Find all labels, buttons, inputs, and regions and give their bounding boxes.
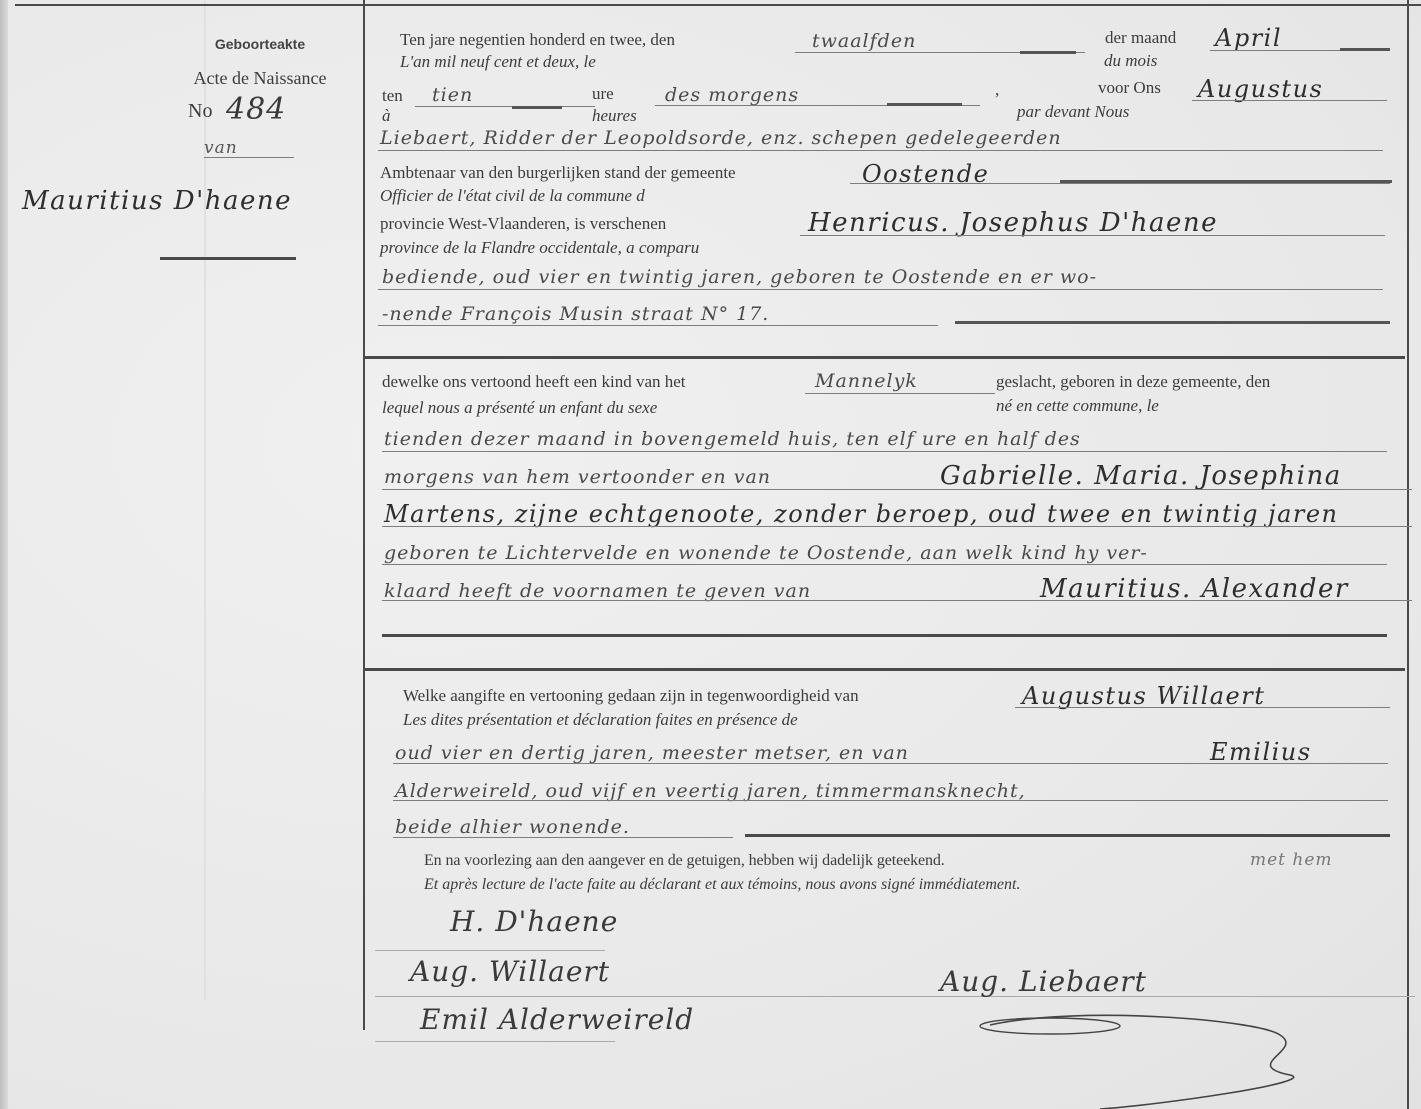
s2-fill-2 [382,489,1412,490]
s4-addition-handwritten: met hem [1250,850,1333,870]
s2-hand-line-1: tienden dezer maand in bovengemeld huis,… [384,428,1081,450]
s2-end-dash [382,634,1387,637]
comma: , [995,80,999,100]
born-fr: né en cette commune, le [996,396,1159,416]
day-handwritten: twaalfden [812,30,916,52]
born-nl: geslacht, geboren in deze gemeente, den [996,372,1270,392]
declarant-line2-dash [955,321,1390,324]
margin-divider [363,0,365,1030]
province-nl: provincie West-Vlaanderen, is verschenen [380,214,666,234]
hour-label-nl: ten [382,86,403,106]
right-border [1407,0,1409,1109]
time-dash [887,103,962,106]
s3-hand-line-3: beide alhier wonende. [395,816,630,838]
margin-number: 484 [226,92,286,127]
s3-hand-line-2: Alderweireld, oud vijf en veertig jaren,… [395,780,1026,802]
document-page: Geboorteakte Acte de Naissance No 484 va… [0,0,1421,1109]
mother-name-handwritten: Gabrielle. Maria. Josephina [940,461,1342,491]
s2-line1-fr: lequel nous a présenté un enfant du sexe [382,398,657,418]
ure-fr: heures [592,106,637,126]
margin-title-fr: Acte de Naissance [150,68,370,89]
s3-line1-fr: Les dites présentation et déclaration fa… [403,710,798,730]
signature-officer: Aug. Liebaert [940,965,1147,998]
officer-line-fill [378,150,1383,151]
signature-declarant: H. D'haene [450,905,618,938]
sex-fill-line [805,393,995,394]
sig-line-1 [375,950,605,951]
month-label-fr: du mois [1104,51,1157,71]
top-border [15,4,1421,6]
s2-fill-1 [382,451,1387,452]
witness1-fill-line [1015,707,1390,708]
s2-fill-5 [382,600,1412,601]
province-fr: province de la Flandre occidentale, a co… [380,238,699,258]
s3-fill-3 [393,837,733,838]
s2-hand-line-4: geboren te Lichtervelde en wonende te Oo… [384,542,1148,564]
sig-line-3 [375,1041,615,1042]
witness2-first-handwritten: Emilius [1210,738,1312,766]
s2-fill-3 [382,526,1412,527]
margin-subject-name: Mauritius D'haene [22,186,292,216]
month-dash [1340,48,1390,51]
ure-nl: ure [592,84,614,104]
section-divider-1 [365,356,1405,359]
hour-label-fr: à [382,106,391,126]
s3-fill-2 [393,800,1388,801]
time-of-day-handwritten: des morgens [665,84,799,106]
s2-line1-nl: dewelke ons vertoond heeft een kind van … [382,372,686,392]
s2-hand-line-5: klaard heeft de voornamen te geven van [384,580,811,602]
voor-ons-fr: par devant Nous [1017,102,1129,122]
s3-hand-line-1: oud vier en dertig jaren, meester metser… [395,742,909,764]
sig-line-2 [375,996,1415,997]
officer-first-handwritten: Augustus [1198,75,1323,103]
ambtenaar-nl: Ambtenaar van den burgerlijken stand der… [380,163,736,183]
municipality-dash [1060,180,1392,183]
signature-flourish-icon [960,1010,1420,1109]
signature-witness1: Aug. Willaert [410,955,610,988]
s4-line1-nl: En na voorlezing aan den aangever en de … [424,852,945,870]
declarant-line1-fill [378,289,1383,290]
declarant-fill-line [800,235,1385,236]
s3-line1-nl: Welke aangifte en vertooning gedaan zijn… [403,686,859,706]
officer-line-handwritten: Liebaert, Ridder der Leopoldsorde, enz. … [380,127,1062,149]
declarant-line2-fill [378,325,938,326]
month-label-nl: der maand [1105,28,1176,48]
page-binding-edge [0,0,8,1109]
margin-van-underline [204,157,294,158]
hour-dash [512,106,562,109]
margin-van: van [204,138,238,158]
declarant-line1-handwritten: bediende, oud vier en twintig jaren, geb… [382,266,1097,288]
voor-ons-nl: voor Ons [1098,78,1161,98]
officer-fill-line [1192,100,1387,101]
month-handwritten: April [1215,24,1282,52]
witness1-handwritten: Augustus Willaert [1022,682,1265,710]
s2-fill-4 [382,564,1387,565]
declarant-handwritten: Henricus. Josephus D'haene [808,208,1218,238]
signature-witness2: Emil Alderweireld [420,1003,694,1036]
hour-fill-line [415,106,595,107]
day-dash [1020,51,1076,54]
municipality-fill-line [850,183,1390,184]
sex-handwritten: Mannelyk [815,370,918,392]
s3-end-dash [745,834,1390,837]
section-divider-2 [365,668,1405,671]
s3-fill-1 [393,763,1388,764]
hour-handwritten: tien [432,84,473,106]
s4-line1-fr: Et après lecture de l'acte faite au décl… [424,876,1020,894]
margin-underline [160,257,296,260]
ambtenaar-fr: Officier de l'état civil de la commune d [380,186,645,206]
s1-line1-nl: Ten jare negentien honderd en twee, den [400,30,675,50]
declarant-line2-handwritten: -nende François Musin straat N° 17. [382,303,769,325]
s2-hand-line-3: Martens, zijne echtgenoote, zonder beroe… [384,500,1339,528]
margin-number-label: No [188,100,212,123]
s1-line1-fr: L'an mil neuf cent et deux, le [400,52,596,72]
margin-title-nl: Geboorteakte [150,36,370,52]
s2-hand-line-2: morgens van hem vertoonder en van [384,466,771,488]
